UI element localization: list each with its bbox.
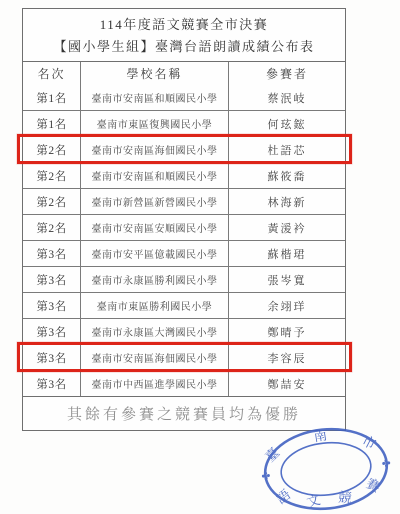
table-row: 第1名臺南市東區復興國民小學何玹鋐 bbox=[23, 110, 345, 136]
school-cell: 臺南市安南區和順國民小學 bbox=[80, 163, 228, 188]
rank-cell: 第1名 bbox=[23, 111, 80, 136]
approval-stamp: 臺 南 市 語 文 競 賽 bbox=[256, 424, 396, 514]
stamp-inner-ring bbox=[279, 438, 374, 499]
competitor-cell: 黃湲衿 bbox=[228, 215, 345, 240]
competitor-cell: 鄭喆安 bbox=[228, 371, 345, 396]
competitor-cell: 何玹鋐 bbox=[228, 111, 345, 136]
stamp-char: 競 bbox=[338, 489, 353, 506]
school-cell: 臺南市新營區新營國民小學 bbox=[80, 189, 228, 214]
competitor-cell: 鄭晴予 bbox=[228, 319, 345, 344]
competitor-cell: 余翊珜 bbox=[228, 293, 345, 318]
school-cell: 臺南市永康區大灣國民小學 bbox=[80, 319, 228, 344]
table-row: 第1名臺南市安南區和順國民小學蔡泯岐 bbox=[23, 85, 345, 110]
school-cell: 臺南市安南區海佃國民小學 bbox=[80, 345, 228, 370]
rank-cell: 第3名 bbox=[23, 241, 80, 266]
results-table: 114年度語文競賽全市決賽 【國小學生組】臺灣台語朗讀成績公布表 名次 學校名稱… bbox=[22, 8, 346, 431]
stamp-flower-left bbox=[261, 471, 270, 480]
document-subtitle: 【國小學生組】臺灣台語朗讀成績公布表 bbox=[23, 36, 345, 58]
table-row: 第2名臺南市安南區海佃國民小學杜語芯 bbox=[23, 136, 345, 162]
school-cell: 臺南市東區復興國民小學 bbox=[80, 111, 228, 136]
competitor-cell: 蘇筱喬 bbox=[228, 163, 345, 188]
competitor-cell: 蔡泯岐 bbox=[228, 85, 345, 110]
stamp-char: 南 bbox=[312, 426, 328, 444]
stamp-char: 賽 bbox=[364, 476, 383, 496]
rank-cell: 第3名 bbox=[23, 267, 80, 292]
rank-cell: 第1名 bbox=[23, 85, 80, 110]
table-row: 第2名臺南市安南區安順國民小學黃湲衿 bbox=[23, 214, 345, 240]
header-school: 學校名稱 bbox=[80, 62, 228, 85]
rank-cell: 第2名 bbox=[23, 189, 80, 214]
school-cell: 臺南市中西區進學國民小學 bbox=[80, 371, 228, 396]
document-title: 114年度語文競賽全市決賽 bbox=[23, 14, 345, 36]
school-cell: 臺南市安平區億載國民小學 bbox=[80, 241, 228, 266]
school-cell: 臺南市永康區勝利國民小學 bbox=[80, 267, 228, 292]
competitor-cell: 李容辰 bbox=[228, 345, 345, 370]
header-competitor: 參賽者 bbox=[228, 62, 345, 85]
rank-cell: 第2名 bbox=[23, 163, 80, 188]
table-row: 第2名臺南市新營區新營國民小學林海新 bbox=[23, 188, 345, 214]
rank-cell: 第3名 bbox=[23, 345, 80, 370]
table-row: 第3名臺南市永康區大灣國民小學鄭晴予 bbox=[23, 318, 345, 344]
table-row: 第3名臺南市安平區億載國民小學蘇楷珺 bbox=[23, 240, 345, 266]
school-cell: 臺南市安南區海佃國民小學 bbox=[80, 137, 228, 162]
rank-cell: 第3名 bbox=[23, 293, 80, 318]
table-body: 第1名臺南市安南區和順國民小學蔡泯岐第1名臺南市東區復興國民小學何玹鋐第2名臺南… bbox=[23, 85, 345, 396]
table-row: 第3名臺南市永康區勝利國民小學張岑寬 bbox=[23, 266, 345, 292]
rank-cell: 第2名 bbox=[23, 137, 80, 162]
table-row: 第3名臺南市中西區進學國民小學鄭喆安 bbox=[23, 370, 345, 396]
school-cell: 臺南市安南區安順國民小學 bbox=[80, 215, 228, 240]
scanned-document: { "page": { "title": "114年度語文競賽全市決賽", "s… bbox=[0, 0, 400, 514]
competitor-cell: 林海新 bbox=[228, 189, 345, 214]
table-header-row: 名次 學校名稱 參賽者 bbox=[23, 62, 345, 85]
school-cell: 臺南市安南區和順國民小學 bbox=[80, 85, 228, 110]
table-row: 第2名臺南市安南區和順國民小學蘇筱喬 bbox=[23, 162, 345, 188]
rank-cell: 第2名 bbox=[23, 215, 80, 240]
table-row: 第3名臺南市安南區海佃國民小學李容辰 bbox=[23, 344, 345, 370]
table-row: 第3名臺南市東區勝利國民小學余翊珜 bbox=[23, 292, 345, 318]
table-grid: 名次 學校名稱 參賽者 第1名臺南市安南區和順國民小學蔡泯岐第1名臺南市東區復興… bbox=[23, 61, 345, 430]
rank-cell: 第3名 bbox=[23, 319, 80, 344]
title-block: 114年度語文競賽全市決賽 【國小學生組】臺灣台語朗讀成績公布表 bbox=[23, 9, 345, 61]
competitor-cell: 杜語芯 bbox=[228, 137, 345, 162]
competitor-cell: 張岑寬 bbox=[228, 267, 345, 292]
school-cell: 臺南市東區勝利國民小學 bbox=[80, 293, 228, 318]
stamp-flower-right bbox=[382, 459, 391, 468]
rank-cell: 第3名 bbox=[23, 371, 80, 396]
competitor-cell: 蘇楷珺 bbox=[228, 241, 345, 266]
header-rank: 名次 bbox=[23, 62, 80, 85]
